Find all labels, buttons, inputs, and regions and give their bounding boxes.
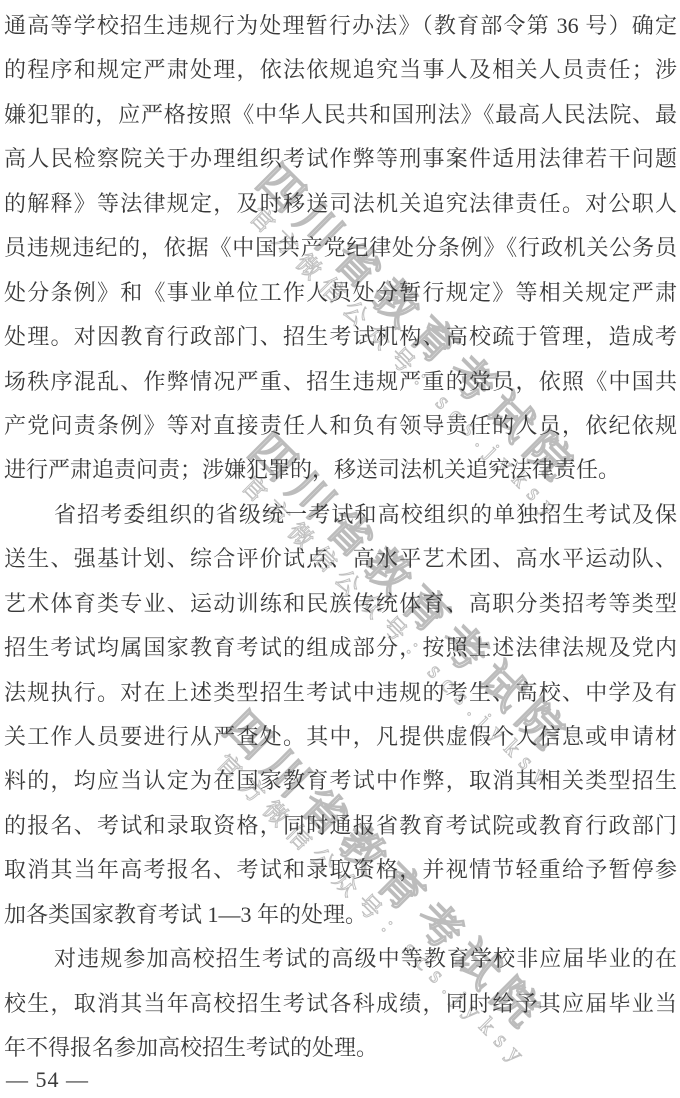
document-body: 通高等学校招生违规行为处理暂行办法》（教育部令第 36 号）确定的程序和规定严肃… xyxy=(4,4,677,1071)
text-line: 送生、强基计划、综合评价试点、高水平艺术团、高水平运动队、 xyxy=(4,537,677,581)
text-line: 处分条例》和《事业单位工作人员处分暂行规定》等相关规定严肃 xyxy=(4,271,677,315)
page-number: — 54 — xyxy=(6,1067,89,1092)
document-page: 四川省教育考试院官方微信公众号：scs.jyksy四川省教育考试院官方微信公众号… xyxy=(0,0,680,1098)
text-line: 法规执行。对在上述类型招生考试中违规的考生、高校、中学及有 xyxy=(4,671,677,715)
text-line: 加各类国家教育考试 1—3 年的处理。 xyxy=(4,893,677,937)
text-line: 料的，均应当认定为在国家教育考试中作弊，取消其相关类型招生 xyxy=(4,759,677,803)
text-line: 嫌犯罪的，应严格按照《中华人民共和国刑法》《最高人民法院、最 xyxy=(4,93,677,137)
text-line: 的报名、考试和录取资格，同时通报省教育考试院或教育行政部门 xyxy=(4,804,677,848)
text-line: 场秩序混乱、作弊情况严重、招生违规严重的党员，依照《中国共 xyxy=(4,360,677,404)
text-line: 进行严肃追责问责；涉嫌犯罪的，移送司法机关追究法律责任。 xyxy=(4,448,677,492)
text-line: 的程序和规定严肃处理，依法依规追究当事人及相关人员责任；涉 xyxy=(4,48,677,92)
text-line: 高人民检察院关于办理组织考试作弊等刑事案件适用法律若干问题 xyxy=(4,137,677,181)
text-line: 招生考试均属国家教育考试的组成部分，按照上述法律法规及党内 xyxy=(4,626,677,670)
text-line: 关工作人员要进行从严查处。其中，凡提供虚假个人信息或申请材 xyxy=(4,715,677,759)
text-line: 年不得报名参加高校招生考试的处理。 xyxy=(4,1026,677,1070)
text-line: 取消其当年高考报名、考试和录取资格，并视情节轻重给予暂停参 xyxy=(4,848,677,892)
text-line: 省招考委组织的省级统一考试和高校组织的单独招生考试及保 xyxy=(4,493,677,537)
text-line: 校生，取消其当年高校招生考试各科成绩，同时给予其应届毕业当 xyxy=(4,982,677,1026)
text-line: 艺术体育类专业、运动训练和民族传统体育、高职分类招考等类型 xyxy=(4,582,677,626)
text-line: 通高等学校招生违规行为处理暂行办法》（教育部令第 36 号）确定 xyxy=(4,4,677,48)
text-line: 对违规参加高校招生考试的高级中等教育学校非应届毕业的在 xyxy=(4,937,677,981)
text-line: 产党问责条例》等对直接责任人和负有领导责任的人员，依纪依规 xyxy=(4,404,677,448)
text-line: 的解释》等法律规定，及时移送司法机关追究法律责任。对公职人 xyxy=(4,182,677,226)
page-footer: — 54 — xyxy=(6,1066,89,1094)
text-line: 员违规违纪的，依据《中国共产党纪律处分条例》《行政机关公务员 xyxy=(4,226,677,270)
text-line: 处理。对因教育行政部门、招生考试机构、高校疏于管理，造成考 xyxy=(4,315,677,359)
